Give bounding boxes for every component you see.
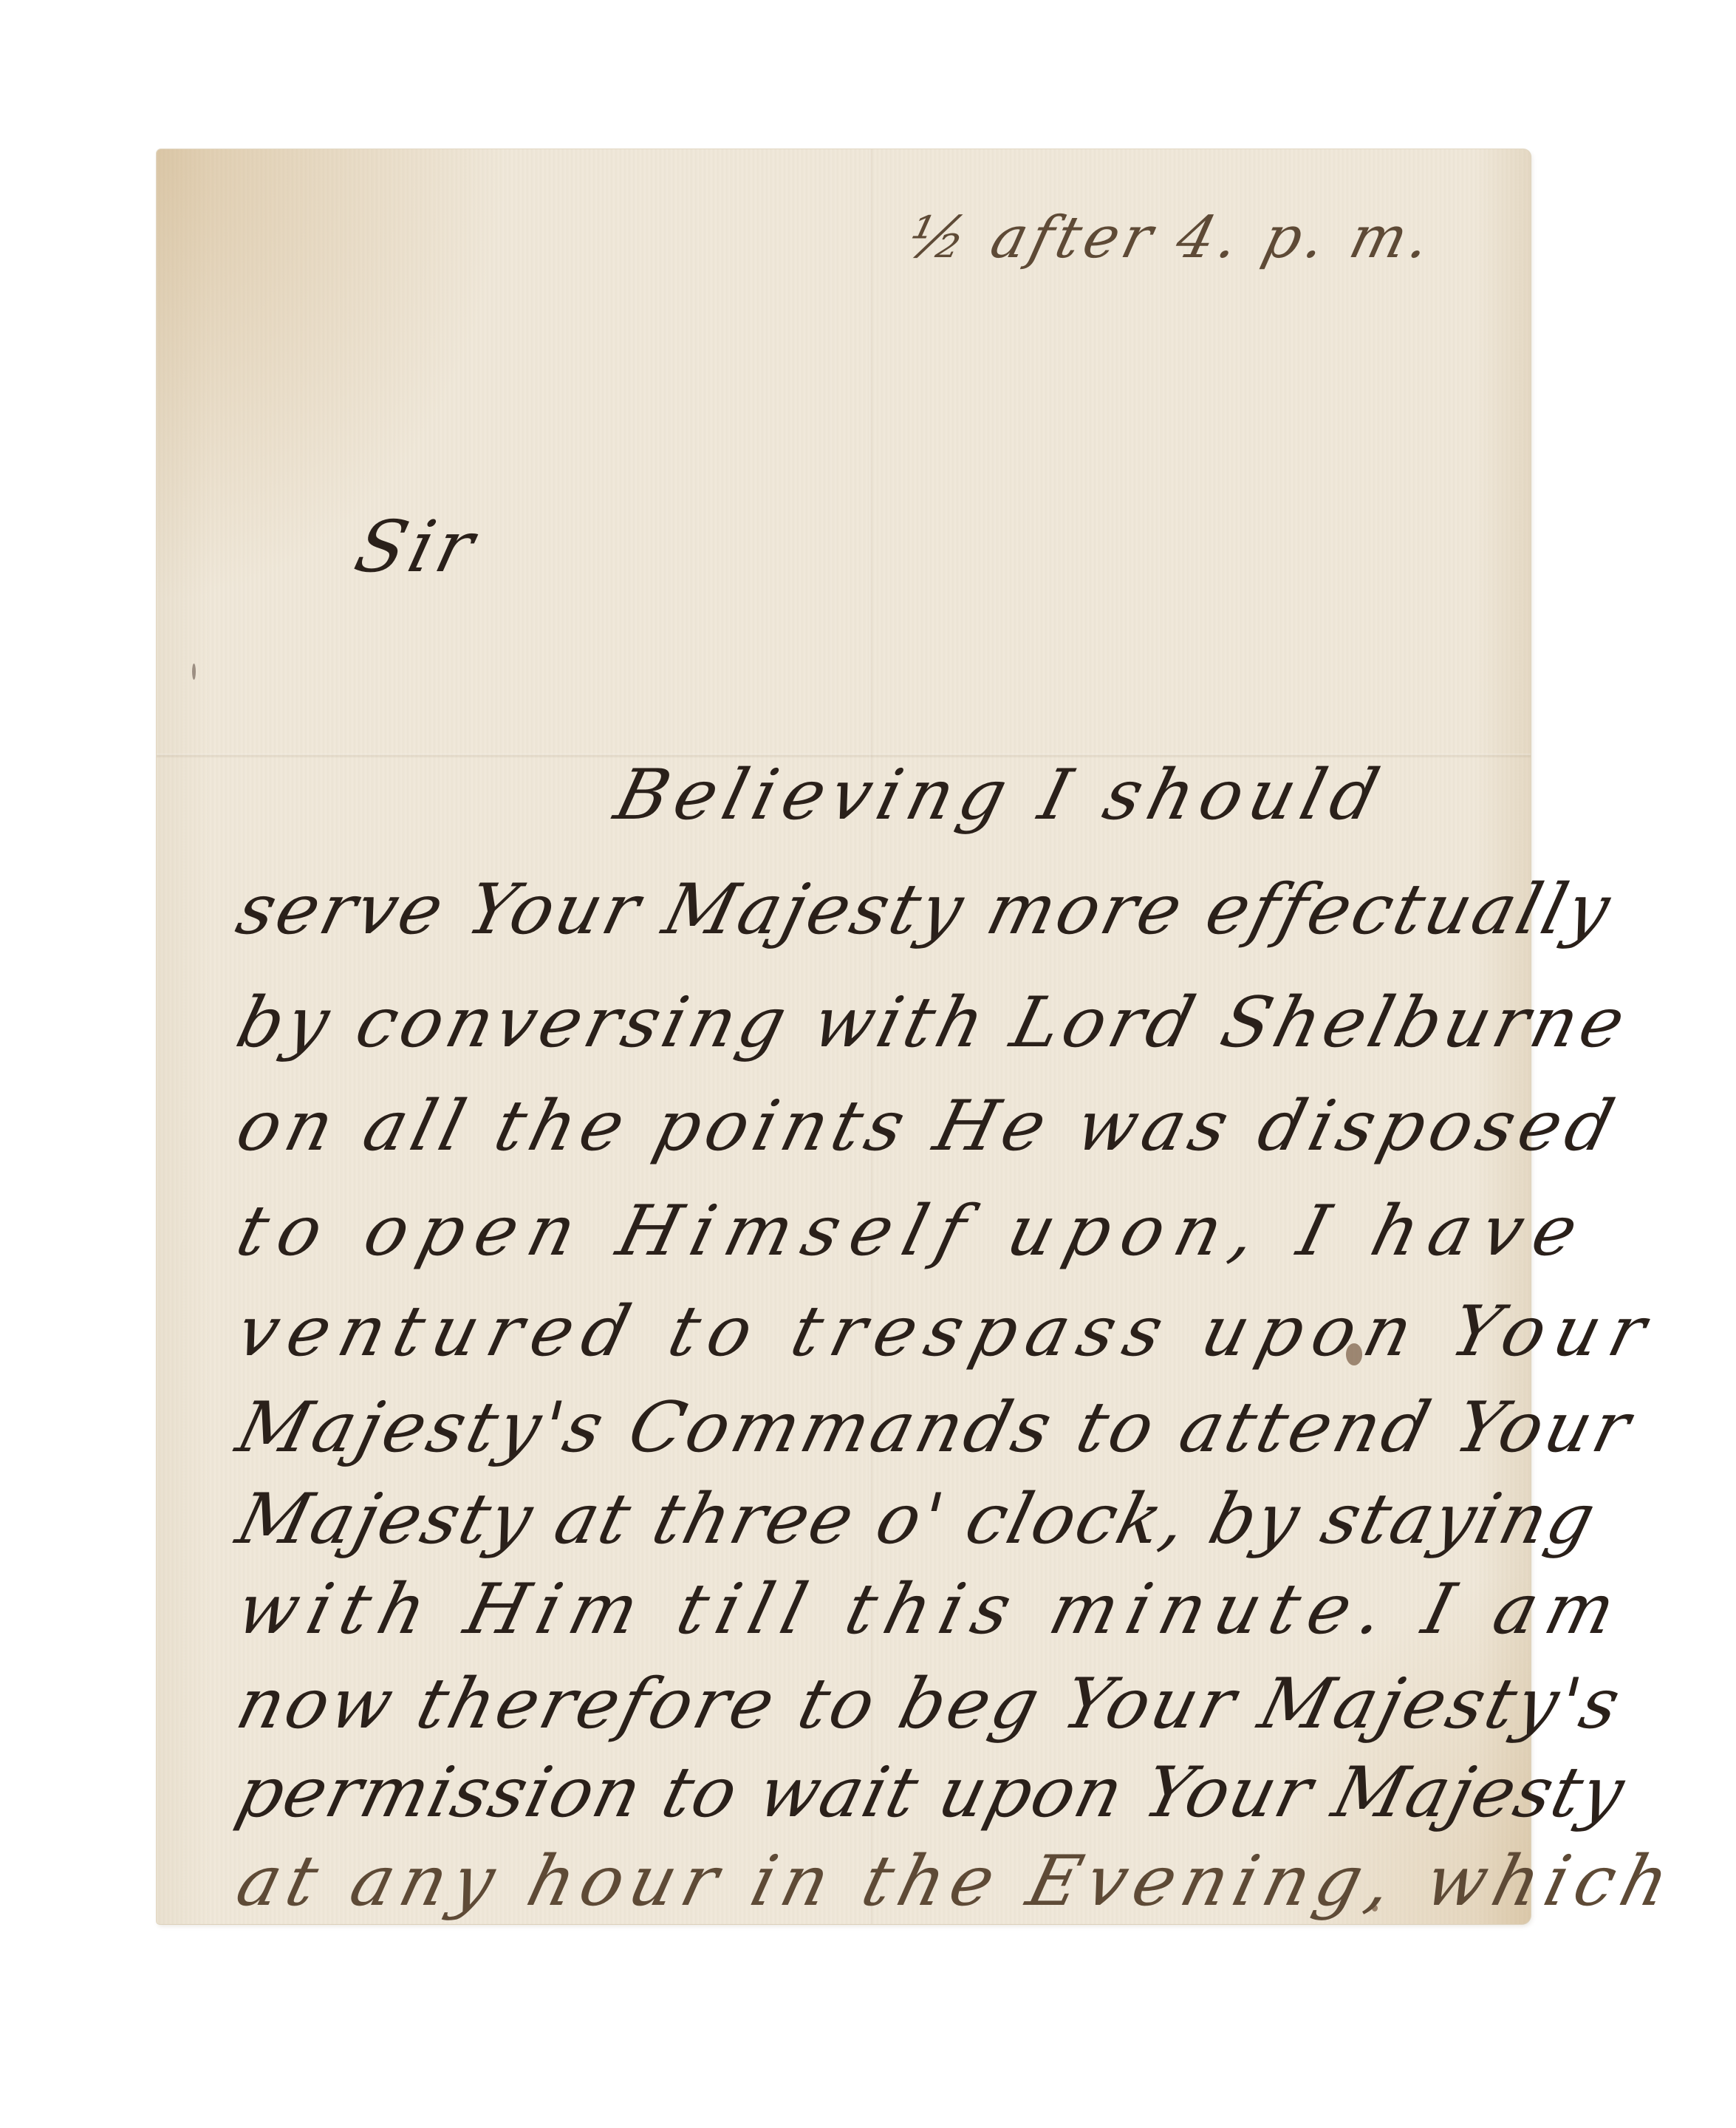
body-line-9: with Him till this minute. I am	[229, 1569, 1633, 1650]
body-line-5: to open Himself upon, I have	[229, 1191, 1597, 1272]
body-line-8: Majesty at three o' clock, by staying	[229, 1479, 1605, 1560]
body-line-6: ventured to trespass upon Your	[229, 1292, 1664, 1372]
dateline: ½ after 4. p. m.	[901, 205, 1441, 271]
ink-speck	[192, 664, 196, 680]
body-line-11: permission to wait upon Your Majesty	[229, 1753, 1633, 1833]
letter-sheet: ½ after 4. p. m. Sir Believing I should …	[157, 149, 1531, 1924]
body-line-7: Majesty's Commands to attend Your	[229, 1388, 1641, 1468]
body-line-2: serve Your Majesty more effectually	[229, 870, 1621, 950]
body-line-1: Believing I should	[607, 755, 1394, 836]
body-line-10: now therefore to beg Your Majesty's	[229, 1664, 1630, 1745]
body-line-4: on all the points He was disposed	[229, 1086, 1627, 1167]
body-line-12: at any hour in the Evening, which	[229, 1841, 1684, 1922]
salutation: Sir	[347, 505, 486, 588]
body-line-3: by conversing with Lord Shelburne	[229, 983, 1637, 1063]
